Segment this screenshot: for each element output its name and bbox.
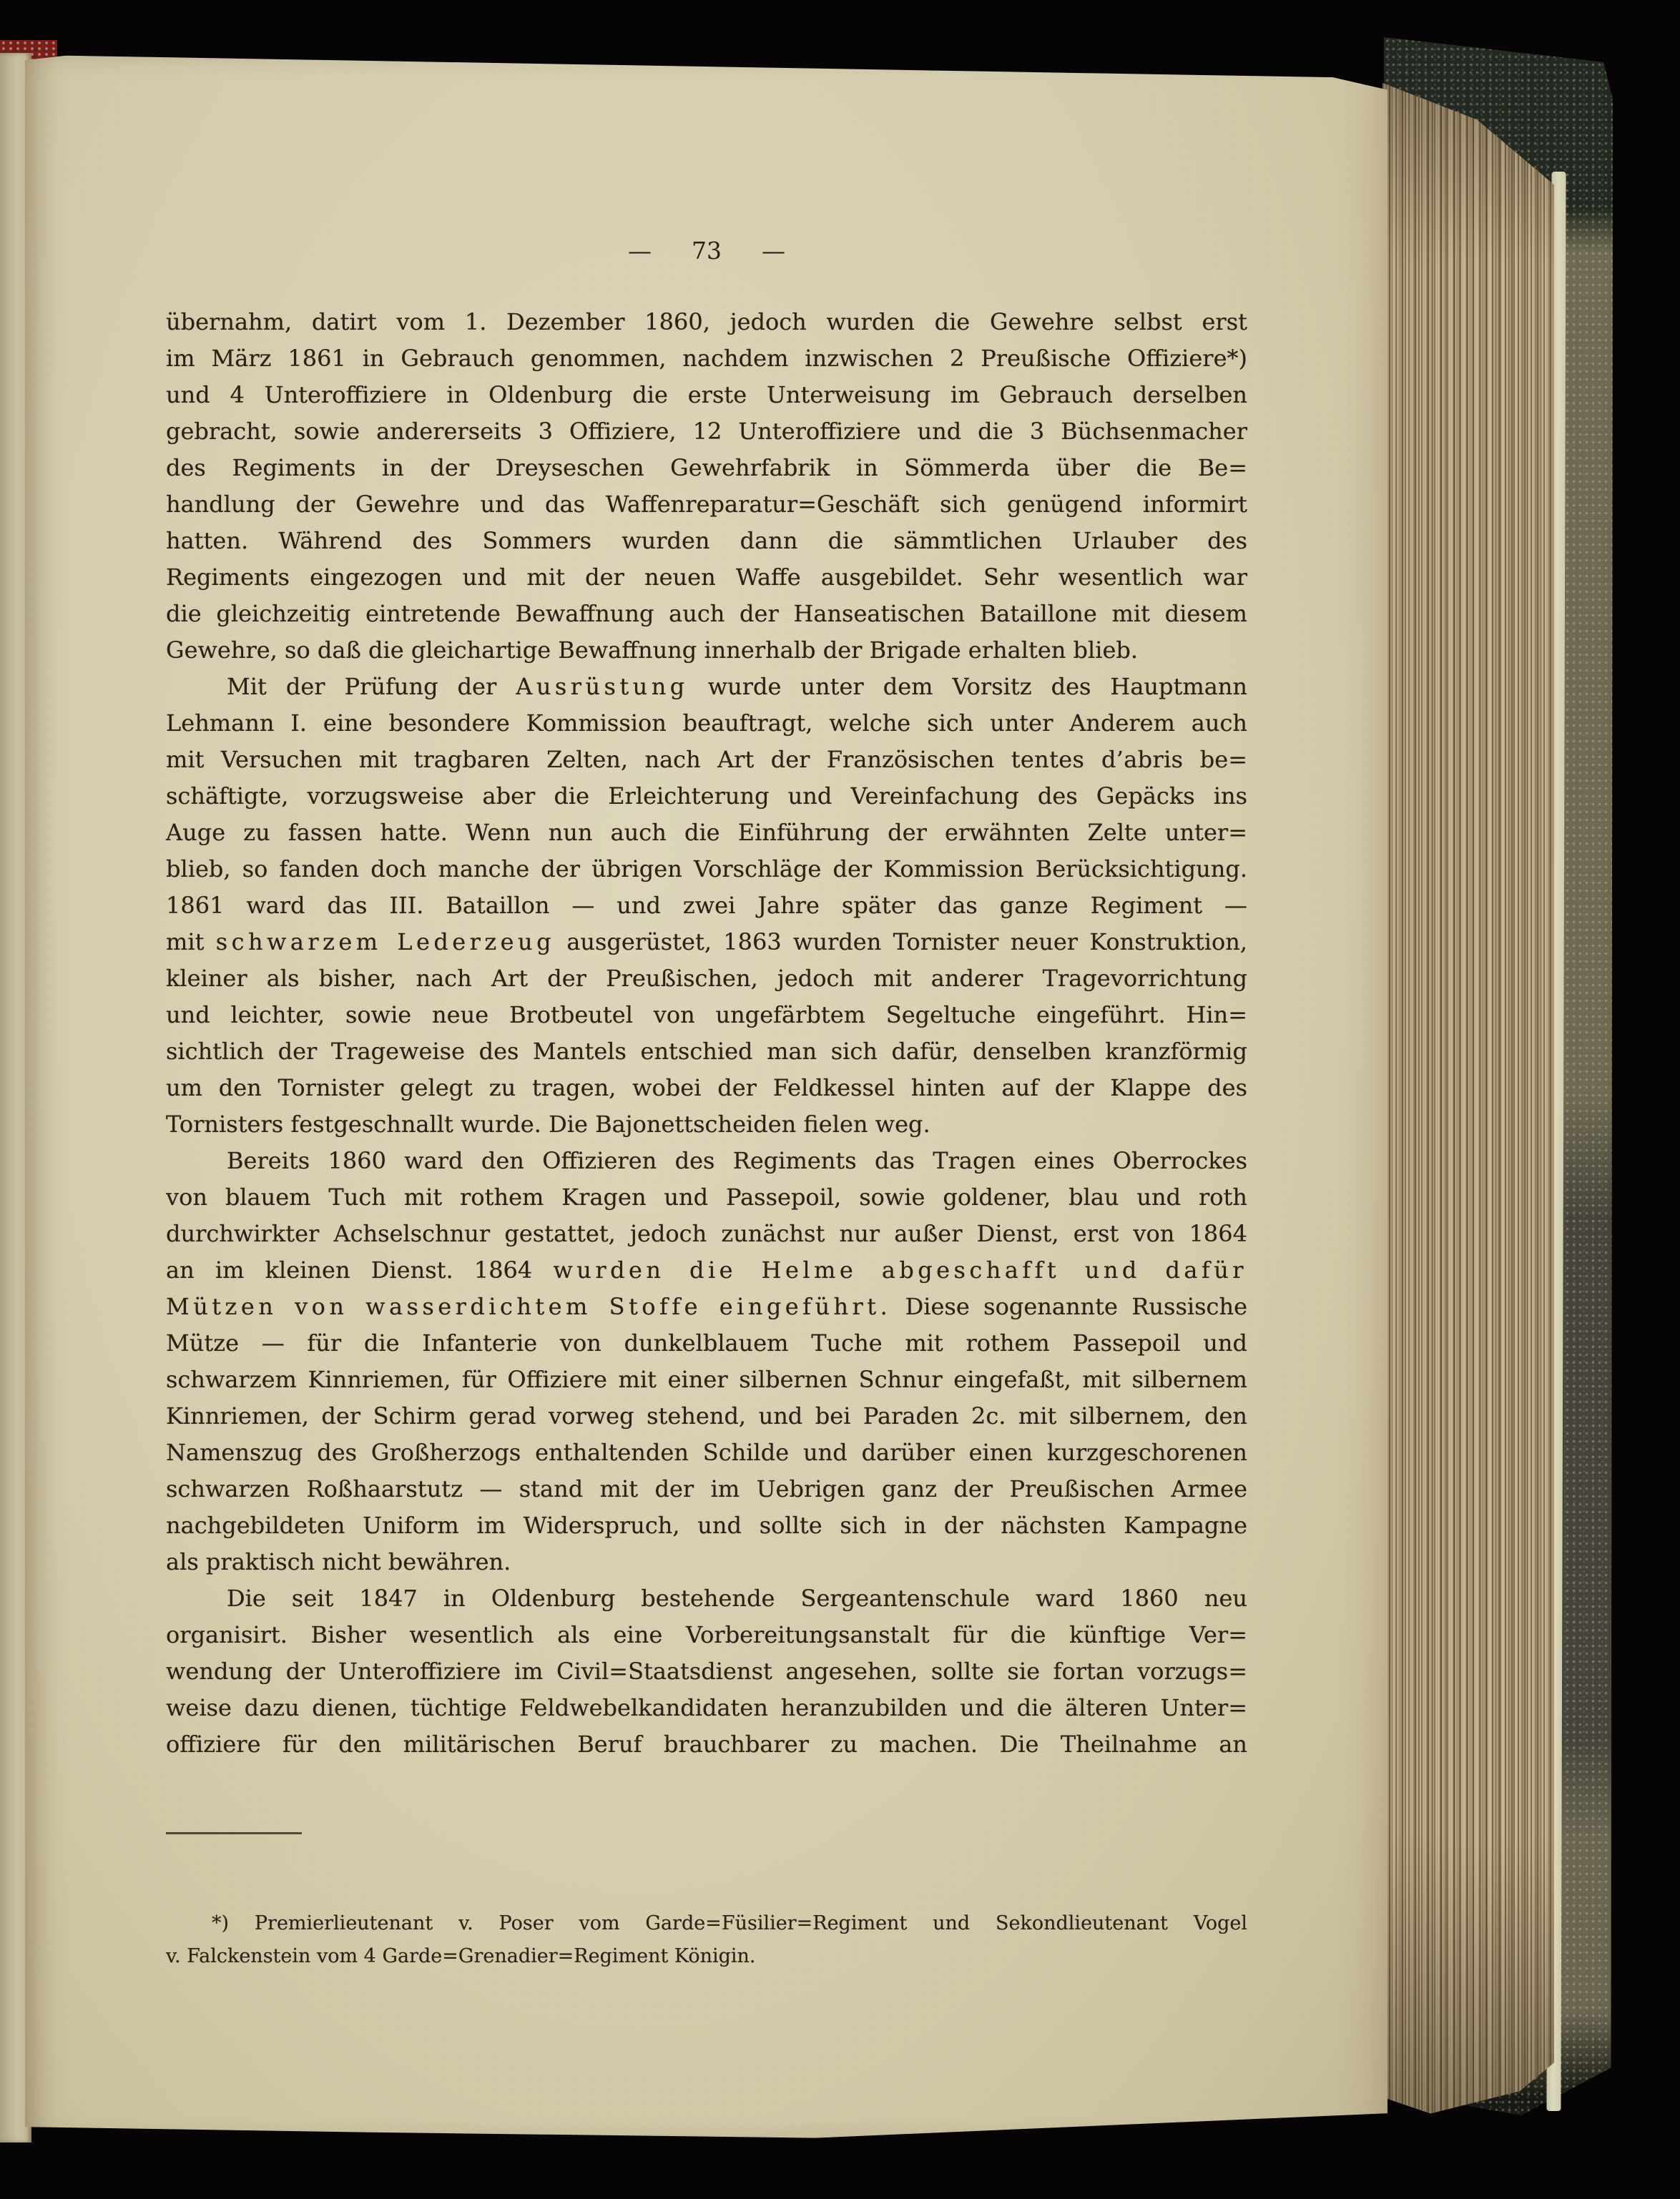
- body-text: übernahm, datirt vom 1. Dezember 1860, j…: [166, 308, 1247, 1767]
- text-segment: wurde unter dem Vorsitz des Hauptmann: [689, 673, 1247, 700]
- text-line: schwarzen Roßhaarstutz — stand mit der i…: [166, 1475, 1247, 1512]
- text-segment: weise dazu dienen, tüchtige Feldwebelkan…: [166, 1694, 1247, 1721]
- text-line: schäftigte, vorzugsweise aber die Erleic…: [166, 782, 1247, 819]
- text-segment: und leichter, sowie neue Brotbeutel von …: [166, 1001, 1247, 1028]
- text-segment: um den Tornister gelegt zu tragen, wobei…: [166, 1074, 1247, 1101]
- text-segment: des Regiments in der Dreyseschen Gewehrf…: [166, 454, 1247, 481]
- text-segment: gebracht, sowie andererseits 3 Offiziere…: [166, 418, 1247, 445]
- text-segment: als praktisch nicht bewähren.: [166, 1548, 511, 1575]
- text-line: schwarzem Kinnriemen, für Offiziere mit …: [166, 1366, 1247, 1402]
- text-segment: Gewehre, so daß die gleichartige Bewaffn…: [166, 636, 1138, 664]
- text-line: Auge zu fassen hatte. Wenn nun auch die …: [166, 819, 1247, 855]
- page-number: 73: [692, 237, 722, 265]
- text-segment: Tornisters festgeschnallt wurde. Die Baj…: [166, 1111, 930, 1138]
- text-segment: blieb, so fanden doch manche der übrigen…: [166, 855, 1247, 882]
- text-segment: mit: [166, 928, 216, 955]
- text-line: die gleichzeitig eintretende Bewaffnung …: [166, 600, 1247, 636]
- text-line: Mützen von wasserdichtem Stoffe eingefüh…: [166, 1293, 1247, 1329]
- text-segment: kleiner als bisher, nach Art der Preußis…: [166, 965, 1247, 992]
- text-segment: im März 1861 in Gebrauch genommen, nachd…: [166, 345, 1247, 372]
- text-line: *) Premierlieutenant v. Poser vom Garde=…: [166, 1912, 1247, 1945]
- text-line: Regiments eingezogen und mit der neuen W…: [166, 564, 1247, 600]
- text-segment: mit Versuchen mit tragbaren Zelten, nach…: [166, 746, 1011, 773]
- text-segment: schwarzem Lederzeug: [216, 928, 555, 955]
- scanned-book-photo: —73— übernahm, datirt vom 1. Dezember 18…: [0, 0, 1680, 2199]
- page-text-block: —73— übernahm, datirt vom 1. Dezember 18…: [166, 237, 1247, 1767]
- text-segment: durchwirkter Achselschnur gestattet, jed…: [166, 1220, 1247, 1247]
- text-segment: und 4 Unteroffiziere in Oldenburg die er…: [166, 381, 1247, 408]
- text-segment: v. Falckenstein vom 4 Garde=Grenadier=Re…: [166, 1945, 756, 1967]
- text-line: Gewehre, so daß die gleichartige Bewaffn…: [166, 636, 1247, 673]
- text-line: Mit der Prüfung der Ausrüstung wurde unt…: [166, 673, 1247, 709]
- text-segment: *) Premierlieutenant v. Poser vom Garde=…: [212, 1912, 1247, 1934]
- text-segment: Regiments eingezogen und mit der neuen W…: [166, 564, 1247, 591]
- text-line: kleiner als bisher, nach Art der Preußis…: [166, 965, 1247, 1001]
- text-line: gebracht, sowie andererseits 3 Offiziere…: [166, 418, 1247, 454]
- footnote: *) Premierlieutenant v. Poser vom Garde=…: [166, 1912, 1247, 1978]
- text-segment: Kinnriemen, der Schirm gerad vorweg steh…: [166, 1402, 1247, 1430]
- text-segment: an im kleinen Dienst. 1864: [166, 1256, 553, 1284]
- text-line: im März 1861 in Gebrauch genommen, nachd…: [166, 345, 1247, 381]
- text-line: offiziere für den militärischen Beruf br…: [166, 1731, 1247, 1767]
- text-segment: handlung der Gewehre und das Waffenrepar…: [166, 491, 1247, 518]
- text-segment: sichtlich der Trageweise des Mantels ent…: [166, 1038, 1247, 1065]
- text-segment: tentes d’abris: [1011, 746, 1184, 773]
- text-segment: Diese sogenannte Russische: [891, 1293, 1247, 1320]
- text-line: übernahm, datirt vom 1. Dezember 1860, j…: [166, 308, 1247, 345]
- header-dash-left: —: [628, 237, 652, 265]
- text-segment: Auge zu fassen hatte. Wenn nun auch die …: [166, 819, 1247, 846]
- text-segment: Die seit 1847 in Oldenburg bestehende Se…: [227, 1585, 1247, 1612]
- text-line: Kinnriemen, der Schirm gerad vorweg steh…: [166, 1402, 1247, 1439]
- text-segment: die gleichzeitig eintretende Bewaffnung …: [166, 600, 1247, 627]
- text-line: handlung der Gewehre und das Waffenrepar…: [166, 491, 1247, 527]
- text-line: Lehmann I. eine besondere Kommission bea…: [166, 709, 1247, 746]
- text-segment: ausgerüstet, 1863 wurden Tornister neuer…: [555, 928, 1247, 955]
- text-segment: Mütze — für die Infanterie von dunkelbla…: [166, 1329, 1247, 1357]
- text-segment: schwarzen Roßhaarstutz — stand mit der i…: [166, 1475, 1247, 1502]
- text-segment: Namenszug des Großherzogs enthaltenden S…: [166, 1439, 1247, 1466]
- text-line: an im kleinen Dienst. 1864 wurden die He…: [166, 1256, 1247, 1293]
- footnote-divider: [166, 1832, 302, 1834]
- text-segment: organisirt. Bisher wesentlich als eine V…: [166, 1621, 1247, 1648]
- text-segment: Mützen von wasserdichtem Stoffe eingefüh…: [166, 1293, 891, 1320]
- text-line: mit schwarzem Lederzeug ausgerüstet, 186…: [166, 928, 1247, 965]
- text-segment: von blauem Tuch mit rothem Kragen und Pa…: [166, 1184, 1247, 1211]
- text-segment: schäftigte, vorzugsweise aber die Erleic…: [166, 782, 1247, 810]
- text-segment: schwarzem Kinnriemen, für Offiziere mit …: [166, 1366, 1247, 1393]
- text-line: von blauem Tuch mit rothem Kragen und Pa…: [166, 1184, 1247, 1220]
- header-dash-right: —: [762, 237, 785, 265]
- text-line: Mütze — für die Infanterie von dunkelbla…: [166, 1329, 1247, 1366]
- text-segment: Mit der Prüfung der: [227, 673, 516, 700]
- text-segment: 1861 ward das III. Bataillon — und zwei …: [166, 892, 1247, 919]
- text-segment: nachgebildeten Uniform im Widerspruch, u…: [166, 1512, 1247, 1539]
- text-line: hatten. Während des Sommers wurden dann …: [166, 527, 1247, 564]
- text-segment: übernahm, datirt vom 1. Dezember 1860, j…: [166, 308, 1247, 335]
- text-segment: be=: [1183, 746, 1247, 773]
- text-segment: Bereits 1860 ward den Offizieren des Reg…: [227, 1147, 1247, 1174]
- text-line: und leichter, sowie neue Brotbeutel von …: [166, 1001, 1247, 1038]
- page-header: —73—: [166, 237, 1247, 268]
- text-line: durchwirkter Achselschnur gestattet, jed…: [166, 1220, 1247, 1256]
- text-line: um den Tornister gelegt zu tragen, wobei…: [166, 1074, 1247, 1111]
- text-line: organisirt. Bisher wesentlich als eine V…: [166, 1621, 1247, 1658]
- text-line: Tornisters festgeschnallt wurde. Die Baj…: [166, 1111, 1247, 1147]
- text-segment: Ausrüstung: [516, 673, 688, 700]
- text-segment: Lehmann I. eine besondere Kommission bea…: [166, 709, 1247, 737]
- text-line: als praktisch nicht bewähren.: [166, 1548, 1247, 1585]
- text-line: mit Versuchen mit tragbaren Zelten, nach…: [166, 746, 1247, 782]
- text-line: sichtlich der Trageweise des Mantels ent…: [166, 1038, 1247, 1074]
- text-line: des Regiments in der Dreyseschen Gewehrf…: [166, 454, 1247, 491]
- text-line: Die seit 1847 in Oldenburg bestehende Se…: [166, 1585, 1247, 1621]
- text-line: weise dazu dienen, tüchtige Feldwebelkan…: [166, 1694, 1247, 1731]
- text-line: wendung der Unteroffiziere im Civil=Staa…: [166, 1658, 1247, 1694]
- text-segment: hatten. Während des Sommers wurden dann …: [166, 527, 1247, 554]
- footnote-text: *) Premierlieutenant v. Poser vom Garde=…: [166, 1912, 1247, 1978]
- page-fore-edge-stack: [1382, 83, 1554, 2120]
- text-line: und 4 Unteroffiziere in Oldenburg die er…: [166, 381, 1247, 418]
- text-segment: wurden die Helme abgeschafft und dafür: [553, 1256, 1247, 1284]
- text-line: 1861 ward das III. Bataillon — und zwei …: [166, 892, 1247, 928]
- text-line: Bereits 1860 ward den Offizieren des Reg…: [166, 1147, 1247, 1184]
- text-line: v. Falckenstein vom 4 Garde=Grenadier=Re…: [166, 1945, 1247, 1978]
- text-segment: offiziere für den militärischen Beruf br…: [166, 1731, 1247, 1758]
- book-page: —73— übernahm, datirt vom 1. Dezember 18…: [25, 54, 1387, 2143]
- text-segment: wendung der Unteroffiziere im Civil=Staa…: [166, 1658, 1247, 1685]
- text-line: nachgebildeten Uniform im Widerspruch, u…: [166, 1512, 1247, 1548]
- text-line: blieb, so fanden doch manche der übrigen…: [166, 855, 1247, 892]
- text-line: Namenszug des Großherzogs enthaltenden S…: [166, 1439, 1247, 1475]
